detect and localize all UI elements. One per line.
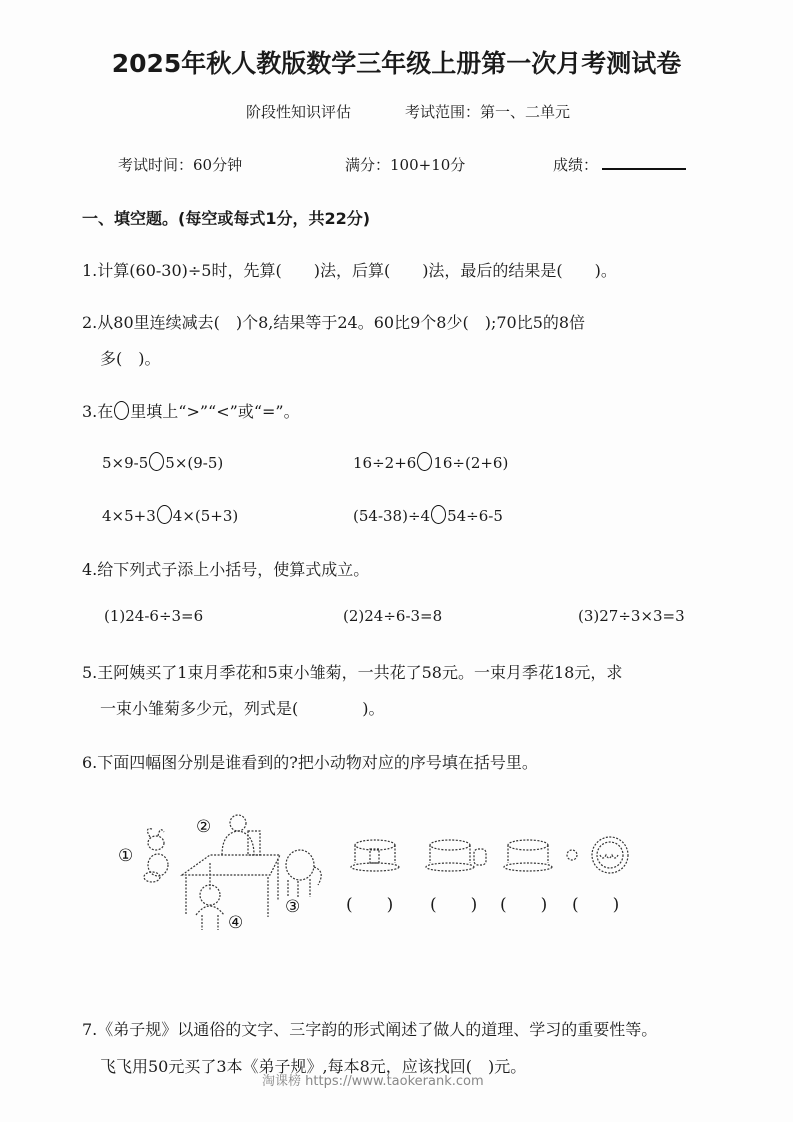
bracket-item-2: (2)24÷6-3=8 xyxy=(343,607,442,625)
label-2: ② xyxy=(196,817,211,837)
answer-slot-3[interactable]: ( ) xyxy=(500,890,547,915)
cat-icon xyxy=(286,850,321,898)
score-field[interactable]: 成绩： xyxy=(553,154,686,175)
bracket-item-1: (1)24-6÷3=6 xyxy=(104,607,203,625)
question-number: 5. xyxy=(82,663,97,682)
question-4: 4.给下列式子添上小括号，使算式成立。 xyxy=(82,557,369,580)
question-text-pre: 在 xyxy=(97,402,113,421)
question-number: 7. xyxy=(82,1020,97,1039)
exam-scope: 考试范围：第一、二单元 xyxy=(405,101,570,122)
watermark: 淘课榜 https://www.taokerank.com xyxy=(262,1070,484,1089)
answer-slot-4[interactable]: ( ) xyxy=(572,890,619,915)
question-number: 2. xyxy=(82,313,97,332)
answer-slot-2[interactable]: ( ) xyxy=(430,890,477,915)
question-2: 2.从80里连续减去( )个8,结果等于24。60比9个8少( );70比5的8… xyxy=(82,310,585,333)
exam-time: 考试时间：60分钟 xyxy=(118,154,242,175)
cake-view-2-icon xyxy=(426,840,486,871)
question-number: 3. xyxy=(82,402,97,421)
cake-top-view-icon xyxy=(567,837,628,873)
question-1: 1.计算(60-30)÷5时，先算( )法，后算( )法，最后的结果是( )。 xyxy=(82,258,617,281)
expr-left: 16÷2+6 xyxy=(353,454,416,472)
expr-left: 5×9-5 xyxy=(102,454,148,472)
label-1: ① xyxy=(118,846,133,866)
question-text-line1: 从80里连续减去( )个8,结果等于24。60比9个8少( );70比5的8倍 xyxy=(97,313,585,332)
compare-item-1: 5×9-55×(9-5) xyxy=(102,452,223,472)
expr-right: 54÷6-5 xyxy=(447,507,503,525)
question-text-line1: 王阿姨买了1束月季花和5束小雏菊，一共花了58元。一束月季花18元，求 xyxy=(97,663,622,682)
label-4: ④ xyxy=(228,913,243,933)
cake-view-3-icon xyxy=(504,840,552,871)
expr-right: 16÷(2+6) xyxy=(433,454,508,472)
bracket-item-3: (3)27÷3×3=3 xyxy=(578,607,685,625)
child-icon xyxy=(196,885,224,930)
exam-title: 2025年秋人教版数学三年级上册第一次月考测试卷 xyxy=(0,44,793,80)
expr-left: (54-38)÷4 xyxy=(353,507,430,525)
question-text: 计算(60-30)÷5时，先算( )法，后算( )法，最后的结果是( )。 xyxy=(97,261,617,280)
question-7: 7.《弟子规》以通俗的文字、三字韵的形式阐述了做人的道理、学习的重要性等。 xyxy=(82,1017,657,1040)
animals-table-figure: ① ② ③ ④ xyxy=(110,805,670,945)
scene-illustration: ① ② ③ ④ xyxy=(110,805,670,945)
compare-circle-input[interactable] xyxy=(149,452,164,471)
question-2-line2: 多( )。 xyxy=(100,346,161,369)
compare-item-2: 16÷2+616÷(2+6) xyxy=(353,452,508,472)
question-number: 1. xyxy=(82,261,97,280)
circle-icon xyxy=(114,401,129,420)
doll-icon xyxy=(222,815,260,855)
answer-slot-1[interactable]: ( ) xyxy=(346,890,393,915)
question-5: 5.王阿姨买了1束月季花和5束小雏菊，一共花了58元。一束月季花18元，求 xyxy=(82,660,622,683)
question-text: 给下列式子添上小括号，使算式成立。 xyxy=(97,560,369,579)
compare-item-3: 4×5+34×(5+3) xyxy=(102,505,238,525)
score-blank-line[interactable] xyxy=(602,154,686,170)
section-title: 一、填空题。(每空或每式1分，共22分) xyxy=(82,206,370,229)
compare-circle-input[interactable] xyxy=(431,505,446,524)
expr-left: 4×5+3 xyxy=(102,507,156,525)
compare-circle-input[interactable] xyxy=(157,505,172,524)
score-label: 成绩： xyxy=(553,156,598,174)
compare-circle-input[interactable] xyxy=(417,452,432,471)
expr-right: 4×(5+3) xyxy=(173,507,238,525)
assessment-type: 阶段性知识评估 xyxy=(246,101,351,122)
cake-view-1-icon xyxy=(351,840,399,871)
compare-item-4: (54-38)÷454÷6-5 xyxy=(353,505,503,525)
question-5-line2: 一束小雏菊多少元，列式是( )。 xyxy=(100,696,385,719)
question-3: 3.在里填上“>”“<”或“=”。 xyxy=(82,399,300,422)
question-number: 6. xyxy=(82,753,97,772)
question-text: 下面四幅图分别是谁看到的?把小动物对应的序号填在括号里。 xyxy=(97,753,538,772)
full-score: 满分：100+10分 xyxy=(345,154,465,175)
question-text-line1: 《弟子规》以通俗的文字、三字韵的形式阐述了做人的道理、学习的重要性等。 xyxy=(97,1020,657,1039)
expr-right: 5×(9-5) xyxy=(165,454,223,472)
question-6: 6.下面四幅图分别是谁看到的?把小动物对应的序号填在括号里。 xyxy=(82,750,538,773)
label-3: ③ xyxy=(285,897,300,917)
question-number: 4. xyxy=(82,560,97,579)
rabbit-icon xyxy=(144,829,168,882)
question-text-post: 里填上“>”“<”或“=”。 xyxy=(130,402,299,421)
